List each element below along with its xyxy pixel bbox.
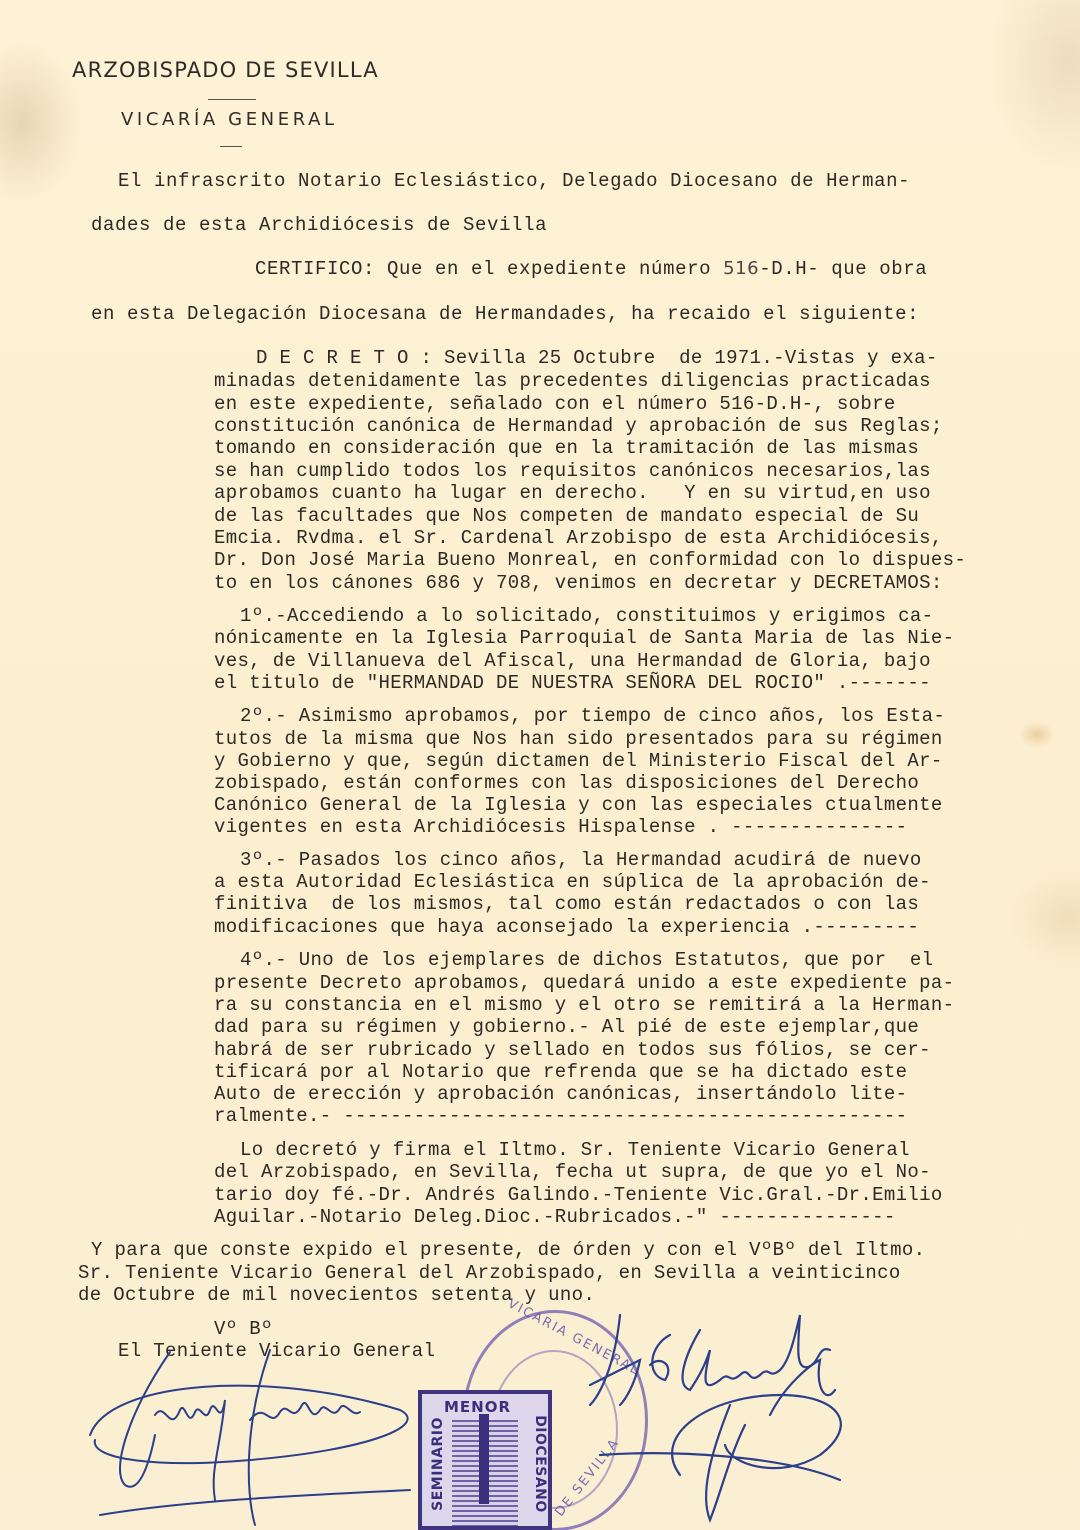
document-page: ARZOBISPADO DE SEVILLA VICARÍA GENERAL E… (0, 0, 1080, 1530)
article-line: a esta Autoridad Eclesiástica en súplica… (214, 871, 931, 893)
article-line: habrá de ser rubricado y sellado en todo… (214, 1039, 931, 1061)
article-line: ralmente.- -----------------------------… (214, 1105, 907, 1127)
letterhead-institution: ARZOBISPADO DE SEVILLA (72, 58, 379, 82)
signature-galindo (70, 1340, 430, 1530)
article-line: ves, de Villanueva del Afiscal, una Herm… (214, 650, 931, 672)
closing-line: Lo decretó y firma el Iltmo. Sr. Tenient… (240, 1139, 910, 1161)
giralda-spire-illustration (479, 1414, 489, 1504)
stamp-top-text: MENOR (444, 1398, 511, 1416)
closing-line: del Arzobispado, en Sevilla, fecha ut su… (214, 1161, 931, 1183)
certifico-line: en esta Delegación Diocesana de Hermanda… (91, 303, 919, 325)
article-line: Auto de erección y aprobación canónicas,… (214, 1083, 907, 1105)
article-line: 4º.- Uno de los ejemplares de dichos Est… (240, 949, 933, 971)
certifico-text: -D.H- que obra (759, 258, 927, 280)
article-line: Canónico General de la Iglesia y con las… (214, 794, 943, 816)
certifico-text: CERTIFICO: Que en el expediente número (255, 258, 723, 280)
intro-line: El infrascrito Notario Eclesiástico, Del… (118, 170, 910, 192)
article-line: modificaciones que haya aconsejado la ex… (214, 916, 919, 938)
seminario-fiscal-stamp: MENOR SEMINARIO DIOCESANO (418, 1390, 552, 1530)
decreto-line: tomando en consideración que en la trami… (214, 437, 919, 459)
decreto-line: D E C R E T O : Sevilla 25 Octubre de 19… (256, 347, 938, 369)
final-line: Y para que conste expido el presente, de… (91, 1239, 925, 1261)
article-line: dad para su régimen y gobierno.- Al pié … (214, 1016, 919, 1038)
letterhead-divider (220, 146, 242, 147)
article-line: 3º.- Pasados los cinco años, la Hermanda… (240, 849, 922, 871)
article-line: finitiva de los mismos, tal como están r… (214, 893, 919, 915)
expediente-number-handwritten: 516 (723, 258, 759, 279)
decreto-line: se han cumplido todos los requisitos can… (214, 460, 931, 482)
decreto-line: Emcia. Rvdma. el Sr. Cardenal Arzobispo … (214, 527, 943, 549)
decreto-line: to en los cánones 686 y 708, venimos en … (214, 572, 943, 594)
article-line: el titulo de "HERMANDAD DE NUESTRA SEÑOR… (214, 672, 931, 694)
article-line: nónicamente en la Iglesia Parroquial de … (214, 627, 954, 649)
decreto-line: en este expediente, señalado con el núme… (214, 393, 896, 415)
article-line: 2º.- Asimismo aprobamos, por tiempo de c… (240, 705, 945, 727)
article-line: tutos de la misma que Nos han sido prese… (214, 728, 943, 750)
article-line: zobispado, están conformes con las dispo… (214, 772, 919, 794)
article-line: ra su constancia en el mismo y el otro s… (214, 994, 954, 1016)
certifico-line: CERTIFICO: Que en el expediente número 5… (255, 258, 927, 280)
decreto-line: Dr. Don José Maria Bueno Monreal, en con… (214, 549, 966, 571)
decreto-line: constitución canónica de Hermandad y apr… (214, 415, 943, 437)
closing-line: tario doy fé.-Dr. Andrés Galindo.-Tenien… (214, 1184, 943, 1206)
closing-line: Aguilar.-Notario Deleg.Dioc.-Rubricados.… (214, 1206, 896, 1228)
decreto-line: de las facultades que Nos competen de ma… (214, 505, 919, 527)
article-line: y Gobierno y que, según dictamen del Min… (214, 750, 943, 772)
final-line: Sr. Teniente Vicario General del Arzobis… (78, 1262, 901, 1284)
stamp-right-text: DIOCESANO (532, 1404, 548, 1524)
vobo-label: Vº Bº (214, 1318, 273, 1340)
letterhead-divider (208, 99, 256, 100)
intro-line: dades de esta Archidiócesis de Sevilla (91, 214, 547, 236)
decreto-line: aprobamos cuanto ha lugar en derecho. Y … (214, 482, 931, 504)
article-line: tificará por al Notario que refrenda que… (214, 1061, 907, 1083)
decreto-line: minadas detenidamente las precedentes di… (214, 370, 931, 392)
letterhead-department: VICARÍA GENERAL (121, 109, 338, 130)
stamp-left-text: SEMINARIO (430, 1404, 446, 1524)
signature-aguilar (580, 1305, 880, 1530)
article-line: 1º.-Accediendo a lo solicitado, constitu… (240, 605, 933, 627)
article-line: vigentes en esta Archidiócesis Hispalens… (214, 816, 907, 838)
article-line: presente Decreto aprobamos, quedará unid… (214, 972, 954, 994)
